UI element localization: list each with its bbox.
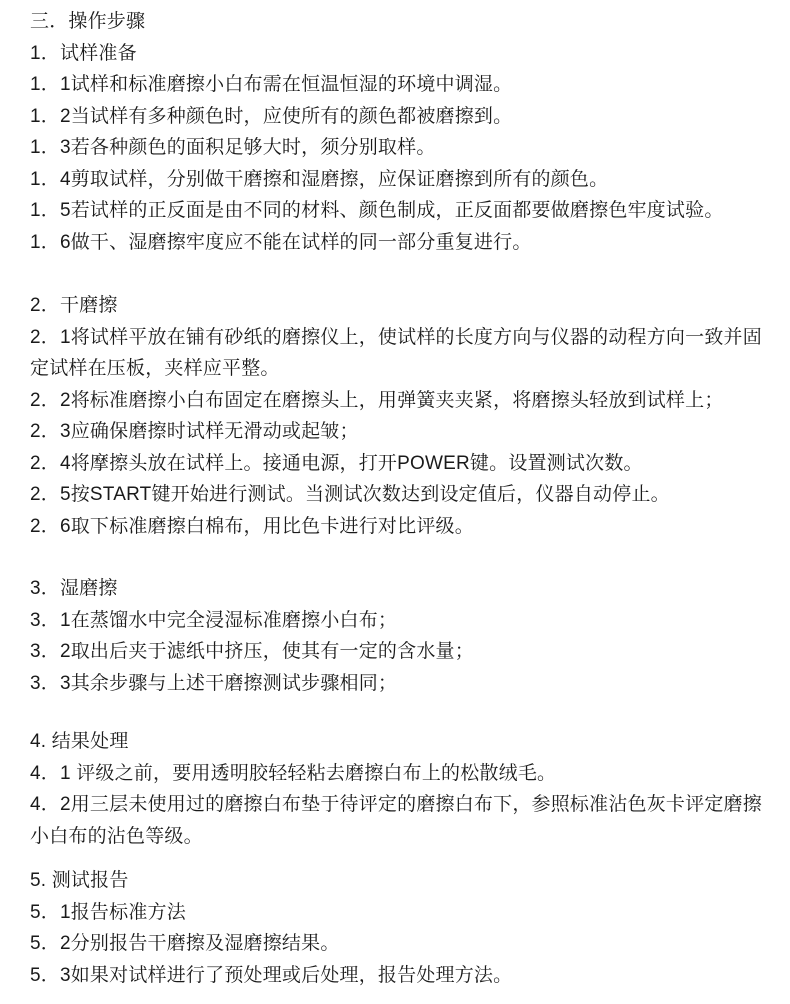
- step-line: 5．2分别报告干磨擦及湿磨擦结果。: [30, 928, 768, 960]
- section: 4. 结果处理4．1 评级之前，要用透明胶轻轻粘去磨擦白布上的松散绒毛。4．2用…: [30, 726, 768, 852]
- step-line: 4．2用三层未使用过的磨擦白布垫于待评定的磨擦白布下，参照标准沾色灰卡评定磨擦小…: [30, 789, 768, 852]
- section: 1．试样准备1．1试样和标准磨擦小白布需在恒温恒湿的环境中调湿。1．2当试样有多…: [30, 38, 768, 259]
- step-line: 1．5若试样的正反面是由不同的材料、颜色制成，正反面都要做磨擦色牢度试验。: [30, 195, 768, 227]
- section: 2．干磨擦2．1将试样平放在铺有砂纸的磨擦仪上，使试样的长度方向与仪器的动程方向…: [30, 290, 768, 542]
- step-line: 5．1报告标准方法: [30, 897, 768, 929]
- document-page: 三．操作步骤 1．试样准备1．1试样和标准磨擦小白布需在恒温恒湿的环境中调湿。1…: [0, 0, 790, 1004]
- step-line: 5．3如果对试样进行了预处理或后处理，报告处理方法。: [30, 960, 768, 992]
- document-body: 三．操作步骤 1．试样准备1．1试样和标准磨擦小白布需在恒温恒湿的环境中调湿。1…: [30, 6, 768, 991]
- step-line: 1．6做干、湿磨擦牢度应不能在试样的同一部分重复进行。: [30, 227, 768, 259]
- section-heading: 2．干磨擦: [30, 290, 768, 322]
- step-line: 4．1 评级之前，要用透明胶轻轻粘去磨擦白布上的松散绒毛。: [30, 758, 768, 790]
- step-line: 1．2当试样有多种颜色时，应使所有的颜色都被磨擦到。: [30, 101, 768, 133]
- step-line: 2．4将摩擦头放在试样上。接通电源，打开POWER键。设置测试次数。: [30, 448, 768, 480]
- step-line: 1．3若各种颜色的面积足够大时，须分别取样。: [30, 132, 768, 164]
- step-line: 3．3其余步骤与上述干磨擦测试步骤相同；: [30, 668, 768, 700]
- section-heading: 5. 测试报告: [30, 865, 768, 897]
- section: 3．湿磨擦3．1在蒸馏水中完全浸湿标准磨擦小白布；3．2取出后夹于滤纸中挤压，使…: [30, 573, 768, 699]
- step-line: 2．1将试样平放在铺有砂纸的磨擦仪上，使试样的长度方向与仪器的动程方向一致并固定…: [30, 322, 768, 385]
- document-title: 三．操作步骤: [30, 6, 768, 38]
- section-heading: 1．试样准备: [30, 38, 768, 70]
- step-line: 3．1在蒸馏水中完全浸湿标准磨擦小白布；: [30, 605, 768, 637]
- step-line: 2．6取下标准磨擦白棉布，用比色卡进行对比评级。: [30, 511, 768, 543]
- step-line: 2．2将标准磨擦小白布固定在磨擦头上，用弹簧夹夹紧，将磨擦头轻放到试样上；: [30, 385, 768, 417]
- sections-container: 1．试样准备1．1试样和标准磨擦小白布需在恒温恒湿的环境中调湿。1．2当试样有多…: [30, 38, 768, 992]
- section-heading: 4. 结果处理: [30, 726, 768, 758]
- step-line: 1．1试样和标准磨擦小白布需在恒温恒湿的环境中调湿。: [30, 69, 768, 101]
- step-line: 2．5按START键开始进行测试。当测试次数达到设定值后，仪器自动停止。: [30, 479, 768, 511]
- step-line: 3．2取出后夹于滤纸中挤压，使其有一定的含水量；: [30, 636, 768, 668]
- section: 5. 测试报告5．1报告标准方法5．2分别报告干磨擦及湿磨擦结果。5．3如果对试…: [30, 865, 768, 991]
- step-line: 1．4剪取试样，分别做干磨擦和湿磨擦，应保证磨擦到所有的颜色。: [30, 164, 768, 196]
- step-line: 2．3应确保磨擦时试样无滑动或起皱；: [30, 416, 768, 448]
- section-heading: 3．湿磨擦: [30, 573, 768, 605]
